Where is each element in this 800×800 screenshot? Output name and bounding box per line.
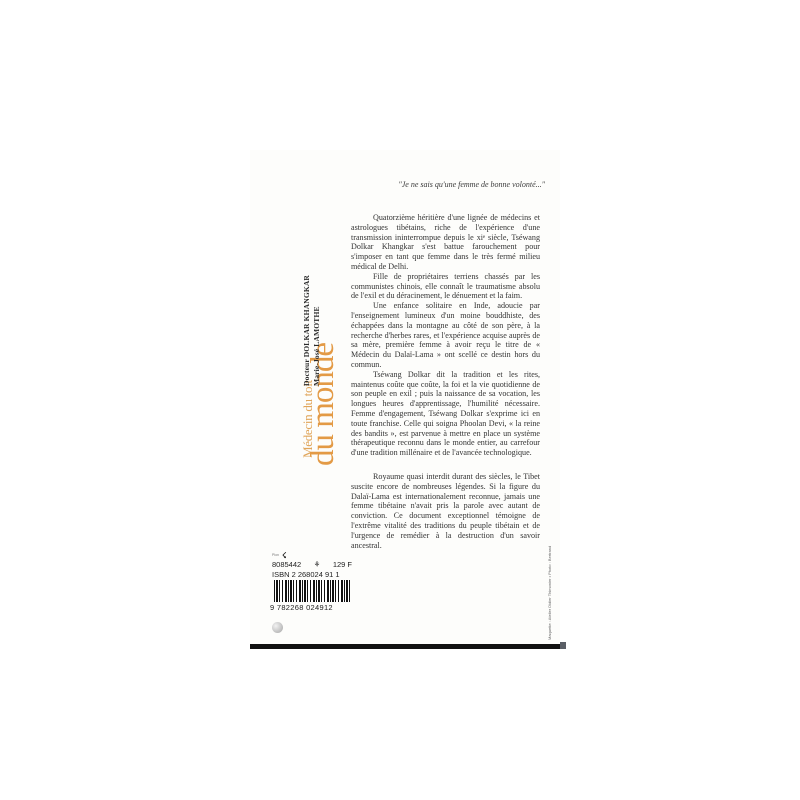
barcode xyxy=(274,580,350,602)
publisher-name: Plon xyxy=(272,553,279,557)
author-1: Docteur DOLKAR KHANGKAR xyxy=(302,275,311,386)
blurb-paragraph: Une enfance solitaire en Inde, adoucie p… xyxy=(351,301,540,370)
author-2: Marie-José LAMOTHE xyxy=(312,186,322,386)
recycle-icon: ⚘ xyxy=(314,560,321,569)
spine-rotated: Médecin du toit du monde Docteur DOLKAR … xyxy=(256,186,352,466)
spine-block: Médecin du toit du monde Docteur DOLKAR … xyxy=(256,186,352,466)
publisher-line: Plon ☇ xyxy=(272,551,352,559)
code-price-line: 8085442 ⚘ 129 F xyxy=(272,560,352,569)
blurb-paragraph: Quatorzième héritière d'une lignée de mé… xyxy=(351,213,540,272)
blurb-paragraph: Royaume quasi interdit durant des siècle… xyxy=(351,472,540,550)
spine-authors: Docteur DOLKAR KHANGKAR Marie-José LAMOT… xyxy=(302,186,321,386)
blurb-paragraph: Tséwang Dolkar dit la tradition et les r… xyxy=(351,370,540,458)
epigraph-quote: "Je ne sais qu'une femme de bonne volont… xyxy=(360,180,545,189)
ean-digits: 9 782268 024912 xyxy=(270,603,354,612)
product-code: 8085442 xyxy=(272,560,301,569)
design-credit-text: Maquette : Atelier Didier Thimonier • Ph… xyxy=(547,546,552,640)
design-credit: Maquette : Atelier Didier Thimonier • Ph… xyxy=(547,520,555,640)
price: 129 F xyxy=(333,560,352,569)
globe-icon xyxy=(272,622,283,633)
blurb-text: Quatorzième héritière d'une lignée de mé… xyxy=(351,213,540,550)
isbn: ISBN 2 268024 91 1 xyxy=(272,570,352,579)
cover-shadow xyxy=(250,644,560,649)
blurb-paragraph: Fille de propriétaires terriens chassés … xyxy=(351,272,540,301)
publisher-logo-icon: ☇ xyxy=(282,551,287,560)
